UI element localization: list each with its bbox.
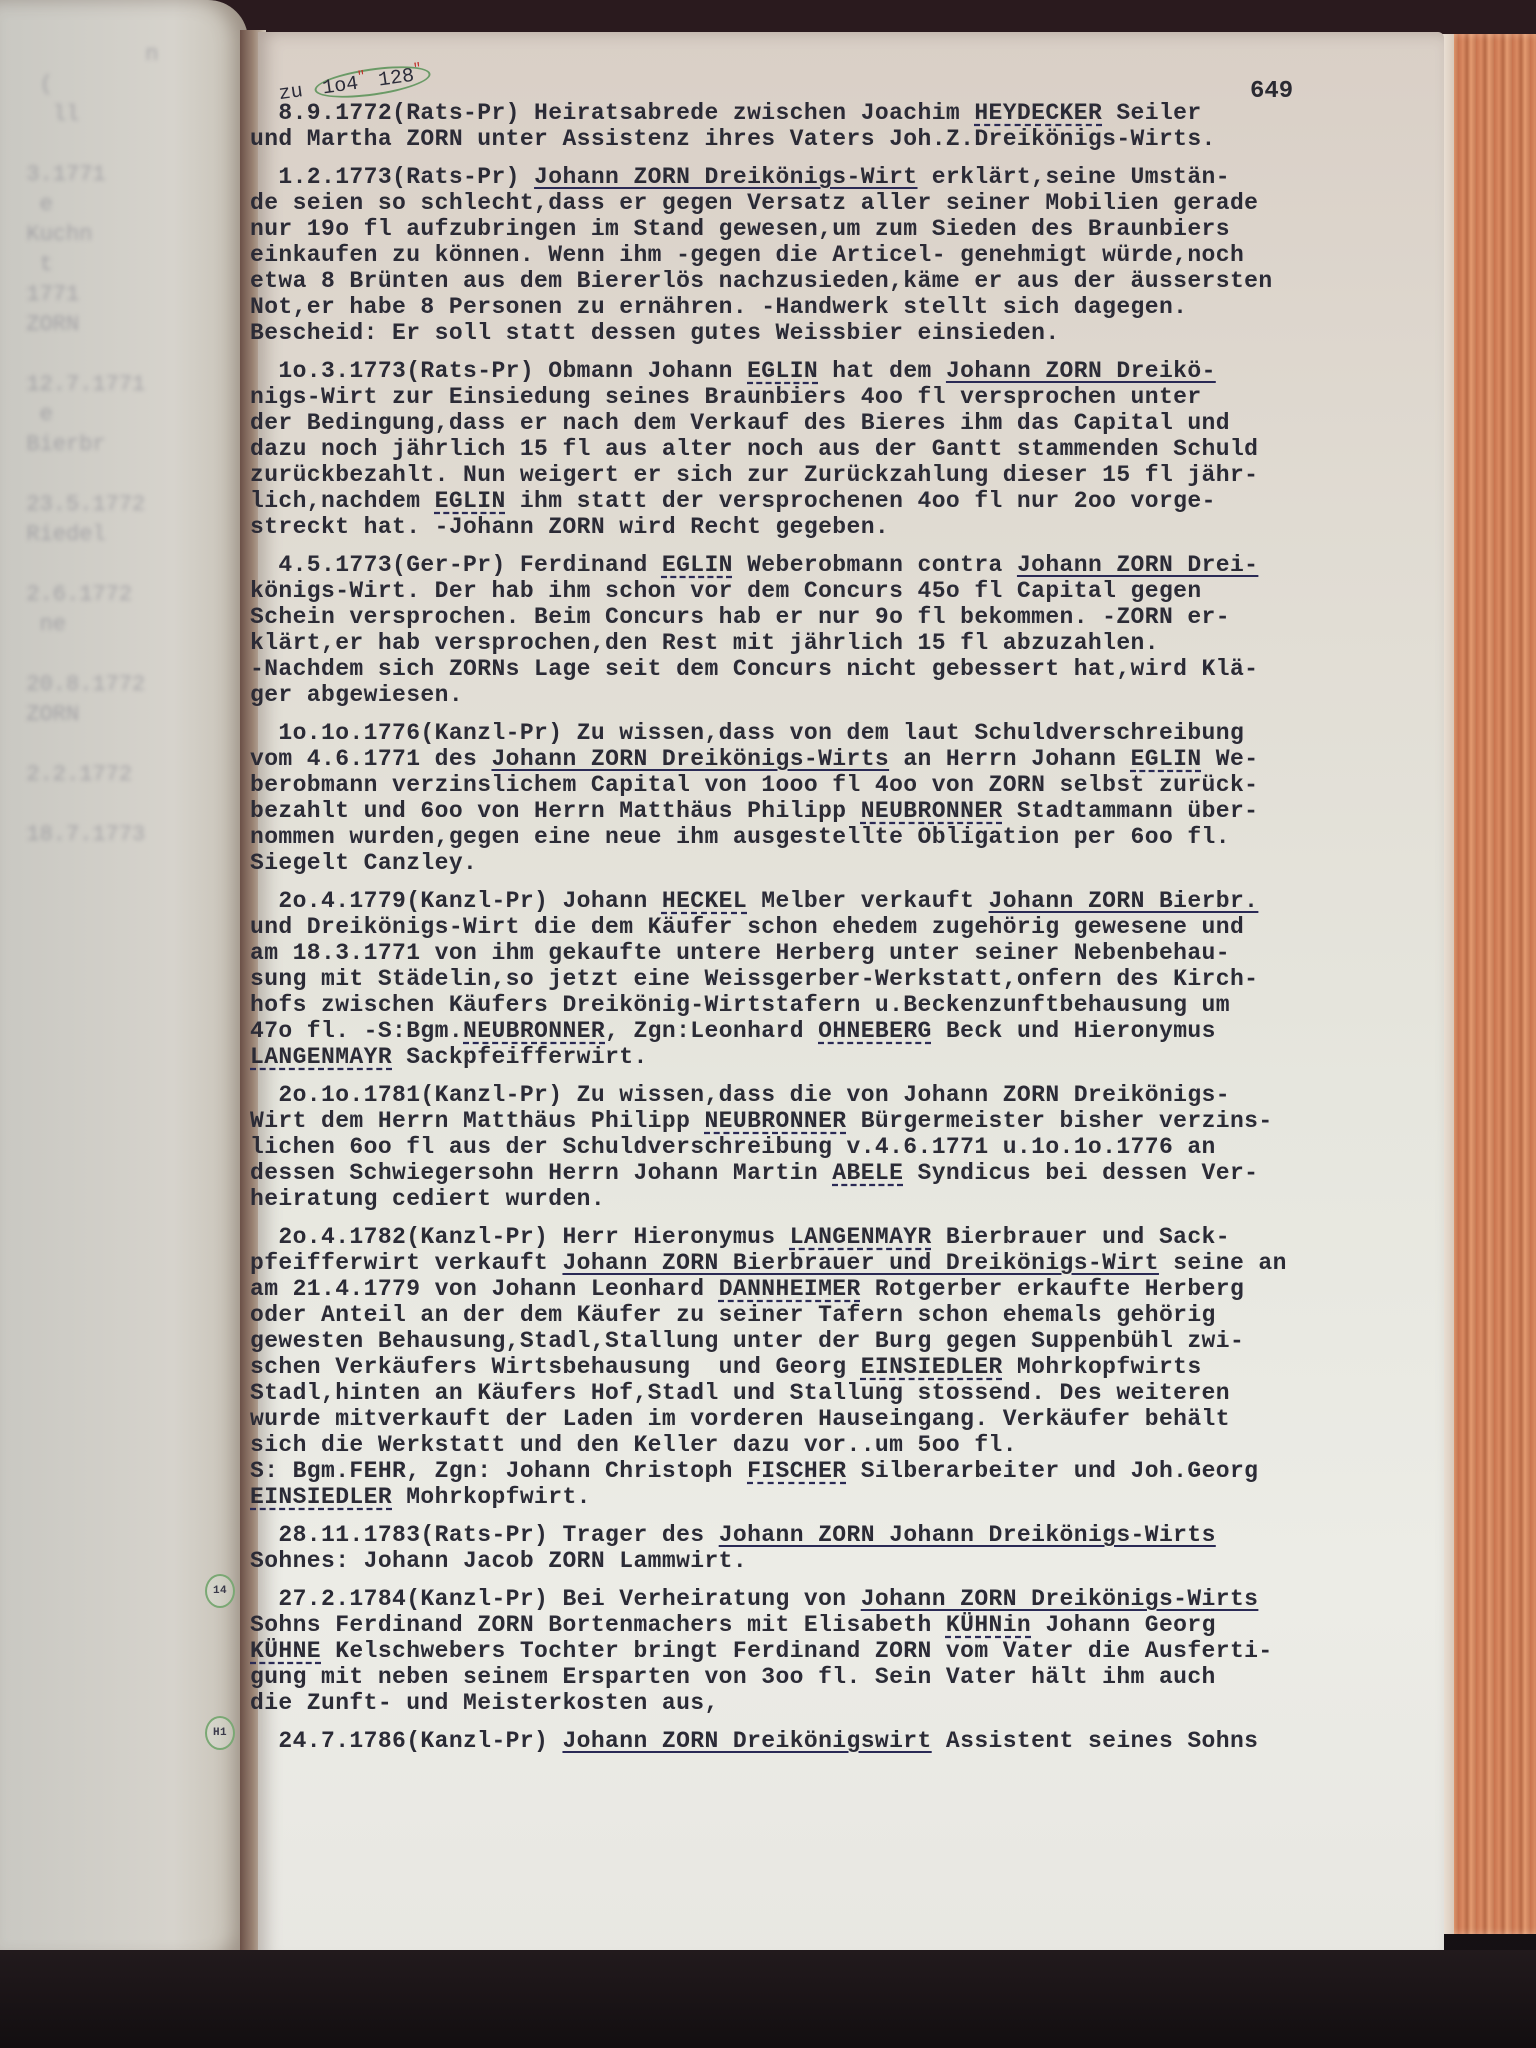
entry-line: die Zunft- und Meisterkosten aus, xyxy=(250,1690,1450,1716)
margin-reference-2: 128 xyxy=(377,64,416,92)
entry-line: dessen Schwiegersohn Herrn Johann Martin… xyxy=(250,1160,1450,1186)
entry-line: Bescheid: Er soll statt dessen gutes Wei… xyxy=(250,320,1450,346)
entry-line: nigs-Wirt zur Einsiedung seines Braunbie… xyxy=(250,384,1450,410)
entry-line: Not,er habe 8 Personen zu ernähren. -Han… xyxy=(250,294,1450,320)
register-entry: 1.2.1773(Rats-Pr) Johann ZORN Dreikönigs… xyxy=(250,164,1450,346)
margin-stamp-icon: H1 xyxy=(205,1716,235,1750)
entry-line: pfeifferwirt verkauft Johann ZORN Bierbr… xyxy=(250,1250,1450,1276)
register-entry: 1o.3.1773(Rats-Pr) Obmann Johann EGLIN h… xyxy=(250,358,1450,540)
register-entry: 27.2.1784(Kanzl-Pr) Bei Verheiratung von… xyxy=(250,1586,1450,1716)
register-entry: 24.7.1786(Kanzl-Pr) Johann ZORN Dreiköni… xyxy=(250,1728,1450,1754)
page-edges xyxy=(1440,34,1536,1934)
entry-line: vom 4.6.1771 des Johann ZORN Dreikönigs-… xyxy=(250,746,1450,772)
entry-line: schen Verkäufers Wirtsbehausung und Geor… xyxy=(250,1354,1450,1380)
entry-line: und Martha ZORN unter Assistenz ihres Va… xyxy=(250,126,1450,152)
entry-line: berobmann verzinslichem Capital von 1ooo… xyxy=(250,772,1450,798)
register-entry: 8.9.1772(Rats-Pr) Heiratsabrede zwischen… xyxy=(250,100,1450,152)
entry-line: de seien so schlecht,dass er gegen Versa… xyxy=(250,190,1450,216)
entry-line: ger abgewiesen. xyxy=(250,682,1450,708)
register-entry: 28.11.1783(Rats-Pr) Trager des Johann ZO… xyxy=(250,1522,1450,1574)
entry-line: Schein versprochen. Beim Concurs hab er … xyxy=(250,604,1450,630)
entry-line: 28.11.1783(Rats-Pr) Trager des Johann ZO… xyxy=(250,1522,1450,1548)
entry-line: gewesten Behausung,Stadl,Stallung unter … xyxy=(250,1328,1450,1354)
entry-line: 2o.4.1782(Kanzl-Pr) Herr Hieronymus LANG… xyxy=(250,1224,1450,1250)
entry-line: sich die Werkstatt und den Keller dazu v… xyxy=(250,1432,1450,1458)
entry-line: Stadl,hinten an Käufers Hof,Stadl und St… xyxy=(250,1380,1450,1406)
entry-line: heiratung cediert wurden. xyxy=(250,1186,1450,1212)
entry-line: bezahlt und 6oo von Herrn Matthäus Phili… xyxy=(250,798,1450,824)
entry-line: -Nachdem sich ZORNs Lage seit dem Concur… xyxy=(250,656,1450,682)
entry-line: 24.7.1786(Kanzl-Pr) Johann ZORN Dreiköni… xyxy=(250,1728,1450,1754)
red-tick-icon: ″ xyxy=(356,68,367,85)
register-entry: 2o.1o.1781(Kanzl-Pr) Zu wissen,dass die … xyxy=(250,1082,1450,1212)
register-entry: 1o.1o.1776(Kanzl-Pr) Zu wissen,dass von … xyxy=(250,720,1450,876)
entry-line: oder Anteil an der dem Käufer zu seiner … xyxy=(250,1302,1450,1328)
entry-line: Wirt dem Herrn Matthäus Philipp NEUBRONN… xyxy=(250,1108,1450,1134)
facing-page-ghost-text: n ( ll 3.1771 e Kuchn t 1771 ZORN 12.7.1… xyxy=(0,40,238,850)
margin-stamp-icon: 14 xyxy=(205,1574,235,1608)
entry-line: EINSIEDLER Mohrkopfwirt. xyxy=(250,1484,1450,1510)
facing-page: n ( ll 3.1771 e Kuchn t 1771 ZORN 12.7.1… xyxy=(0,0,248,1960)
entry-line: am 18.3.1771 von ihm gekaufte untere Her… xyxy=(250,940,1450,966)
entry-line: lich,nachdem EGLIN ihm statt der verspro… xyxy=(250,488,1450,514)
register-entry: 2o.4.1779(Kanzl-Pr) Johann HECKEL Melber… xyxy=(250,888,1450,1070)
entry-line: Siegelt Canzley. xyxy=(250,850,1450,876)
register-entry: 2o.4.1782(Kanzl-Pr) Herr Hieronymus LANG… xyxy=(250,1224,1450,1510)
entry-line: gung mit neben seinem Ersparten von 3oo … xyxy=(250,1664,1450,1690)
entry-line: und Dreikönigs-Wirt die dem Käufer schon… xyxy=(250,914,1450,940)
typed-text-body: 8.9.1772(Rats-Pr) Heiratsabrede zwischen… xyxy=(250,100,1450,1766)
entry-line: nur 19o fl aufzubringen im Stand gewesen… xyxy=(250,216,1450,242)
entry-line: 2o.1o.1781(Kanzl-Pr) Zu wissen,dass die … xyxy=(250,1082,1450,1108)
entry-line: KÜHNE Kelschwebers Tochter bringt Ferdin… xyxy=(250,1638,1450,1664)
book-photo: n ( ll 3.1771 e Kuchn t 1771 ZORN 12.7.1… xyxy=(0,0,1536,2048)
margin-reference-1: 1o4 xyxy=(321,72,360,100)
entry-line: einkaufen zu können. Wenn ihm -gegen die… xyxy=(250,242,1450,268)
entry-line: klärt,er hab versprochen,den Rest mit jä… xyxy=(250,630,1450,656)
entry-line: streckt hat. -Johann ZORN wird Recht geg… xyxy=(250,514,1450,540)
register-entry: 4.5.1773(Ger-Pr) Ferdinand EGLIN Weberob… xyxy=(250,552,1450,708)
entry-line: königs-Wirt. Der hab ihm schon vor dem C… xyxy=(250,578,1450,604)
entry-line: 1o.1o.1776(Kanzl-Pr) Zu wissen,dass von … xyxy=(250,720,1450,746)
entry-line: am 21.4.1779 von Johann Leonhard DANNHEI… xyxy=(250,1276,1450,1302)
entry-line: etwa 8 Brünten aus dem Biererlös nachzus… xyxy=(250,268,1450,294)
entry-line: 47o fl. -S:Bgm.NEUBRONNER, Zgn:Leonhard … xyxy=(250,1018,1450,1044)
red-tick-icon: ″ xyxy=(412,61,423,78)
entry-line: wurde mitverkauft der Laden im vorderen … xyxy=(250,1406,1450,1432)
table-surface xyxy=(0,1950,1536,2048)
entry-line: der Bedingung,dass er nach dem Verkauf d… xyxy=(250,410,1450,436)
entry-line: 2o.4.1779(Kanzl-Pr) Johann HECKEL Melber… xyxy=(250,888,1450,914)
entry-line: Sohns Ferdinand ZORN Bortenmachers mit E… xyxy=(250,1612,1450,1638)
entry-line: 1o.3.1773(Rats-Pr) Obmann Johann EGLIN h… xyxy=(250,358,1450,384)
entry-line: hofs zwischen Käufers Dreikönig-Wirtstaf… xyxy=(250,992,1450,1018)
entry-line: LANGENMAYR Sackpfeifferwirt. xyxy=(250,1044,1450,1070)
entry-line: lichen 6oo fl aus der Schuldverschreibun… xyxy=(250,1134,1450,1160)
entry-line: 27.2.1784(Kanzl-Pr) Bei Verheiratung von… xyxy=(250,1586,1450,1612)
entry-line: nommen wurden,gegen eine neue ihm ausges… xyxy=(250,824,1450,850)
entry-line: sung mit Städelin,so jetzt eine Weissger… xyxy=(250,966,1450,992)
entry-line: 4.5.1773(Ger-Pr) Ferdinand EGLIN Weberob… xyxy=(250,552,1450,578)
entry-line: 1.2.1773(Rats-Pr) Johann ZORN Dreikönigs… xyxy=(250,164,1450,190)
entry-line: 8.9.1772(Rats-Pr) Heiratsabrede zwischen… xyxy=(250,100,1450,126)
entry-line: zurückbezahlt. Nun weigert er sich zur Z… xyxy=(250,462,1450,488)
entry-line: S: Bgm.FEHR, Zgn: Johann Christoph FISCH… xyxy=(250,1458,1450,1484)
entry-line: Sohnes: Johann Jacob ZORN Lammwirt. xyxy=(250,1548,1450,1574)
entry-line: dazu noch jährlich 15 fl aus alter noch … xyxy=(250,436,1450,462)
